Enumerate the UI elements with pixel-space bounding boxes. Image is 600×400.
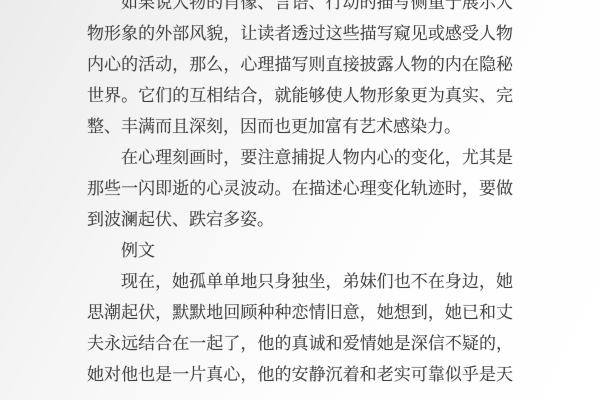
text-line: 物形象的外部风貌，让读者透过这些描写窥见或感受人物 (87, 19, 513, 50)
document-text-block: 如果说人物的肖像、言语、行动的描写侧重于展示人 物形象的外部风貌，让读者透过这些… (87, 0, 513, 391)
text-line: 如果说人物的肖像、言语、行动的描写侧重于展示人 (87, 0, 513, 19)
text-line: 整、丰满而且深刻，因而也更加富有艺术感染力。 (87, 112, 513, 143)
text-line: 那些一闪即逝的心灵波动。在描述心理变化轨迹时，要做 (87, 174, 513, 205)
text-line: 在心理刻画时，要注意捕捉人物内心的变化，尤其是 (87, 143, 513, 174)
text-line: 思潮起伏，默默地回顾种种恋情旧意，她想到，她已和丈 (87, 298, 513, 329)
text-line: 夫永远结合在一起了，他的真诚和爱情她是深信不疑的， (87, 329, 513, 360)
text-line: 她对他也是一片真心，他的安静沉着和老实可靠似乎是天 (87, 360, 513, 391)
scanned-document-page: 如果说人物的肖像、言语、行动的描写侧重于展示人 物形象的外部风貌，让读者透过这些… (0, 0, 600, 400)
text-line: 现在，她孤单单地只身独坐，弟妹们也不在身边，她 (87, 267, 513, 298)
text-line: 世界。它们的互相结合，就能够使人物形象更为真实、完 (87, 81, 513, 112)
text-line: 例文 (87, 236, 513, 267)
text-line: 内心的活动，那么，心理描写则直接披露人物的内在隐秘 (87, 50, 513, 81)
text-line: 到波澜起伏、跌宕多姿。 (87, 205, 513, 236)
